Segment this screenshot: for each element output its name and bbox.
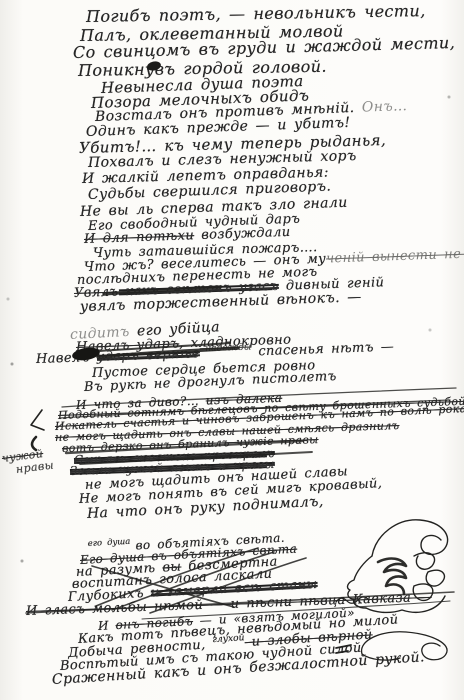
manuscript-page: Погибъ поэтъ, — невольникъ чести,Палъ, о… — [0, 0, 464, 700]
text-segment: ченій вынести не могъ — [326, 245, 464, 266]
text-segment: Онъ… — [354, 98, 408, 116]
text-segment: его душа — [87, 536, 135, 548]
text-segment: надежды — [200, 342, 252, 354]
text-segment: Навелъ — [36, 350, 97, 367]
text-segment: глухой — [212, 633, 245, 645]
margin-caret-mark — [31, 410, 44, 450]
